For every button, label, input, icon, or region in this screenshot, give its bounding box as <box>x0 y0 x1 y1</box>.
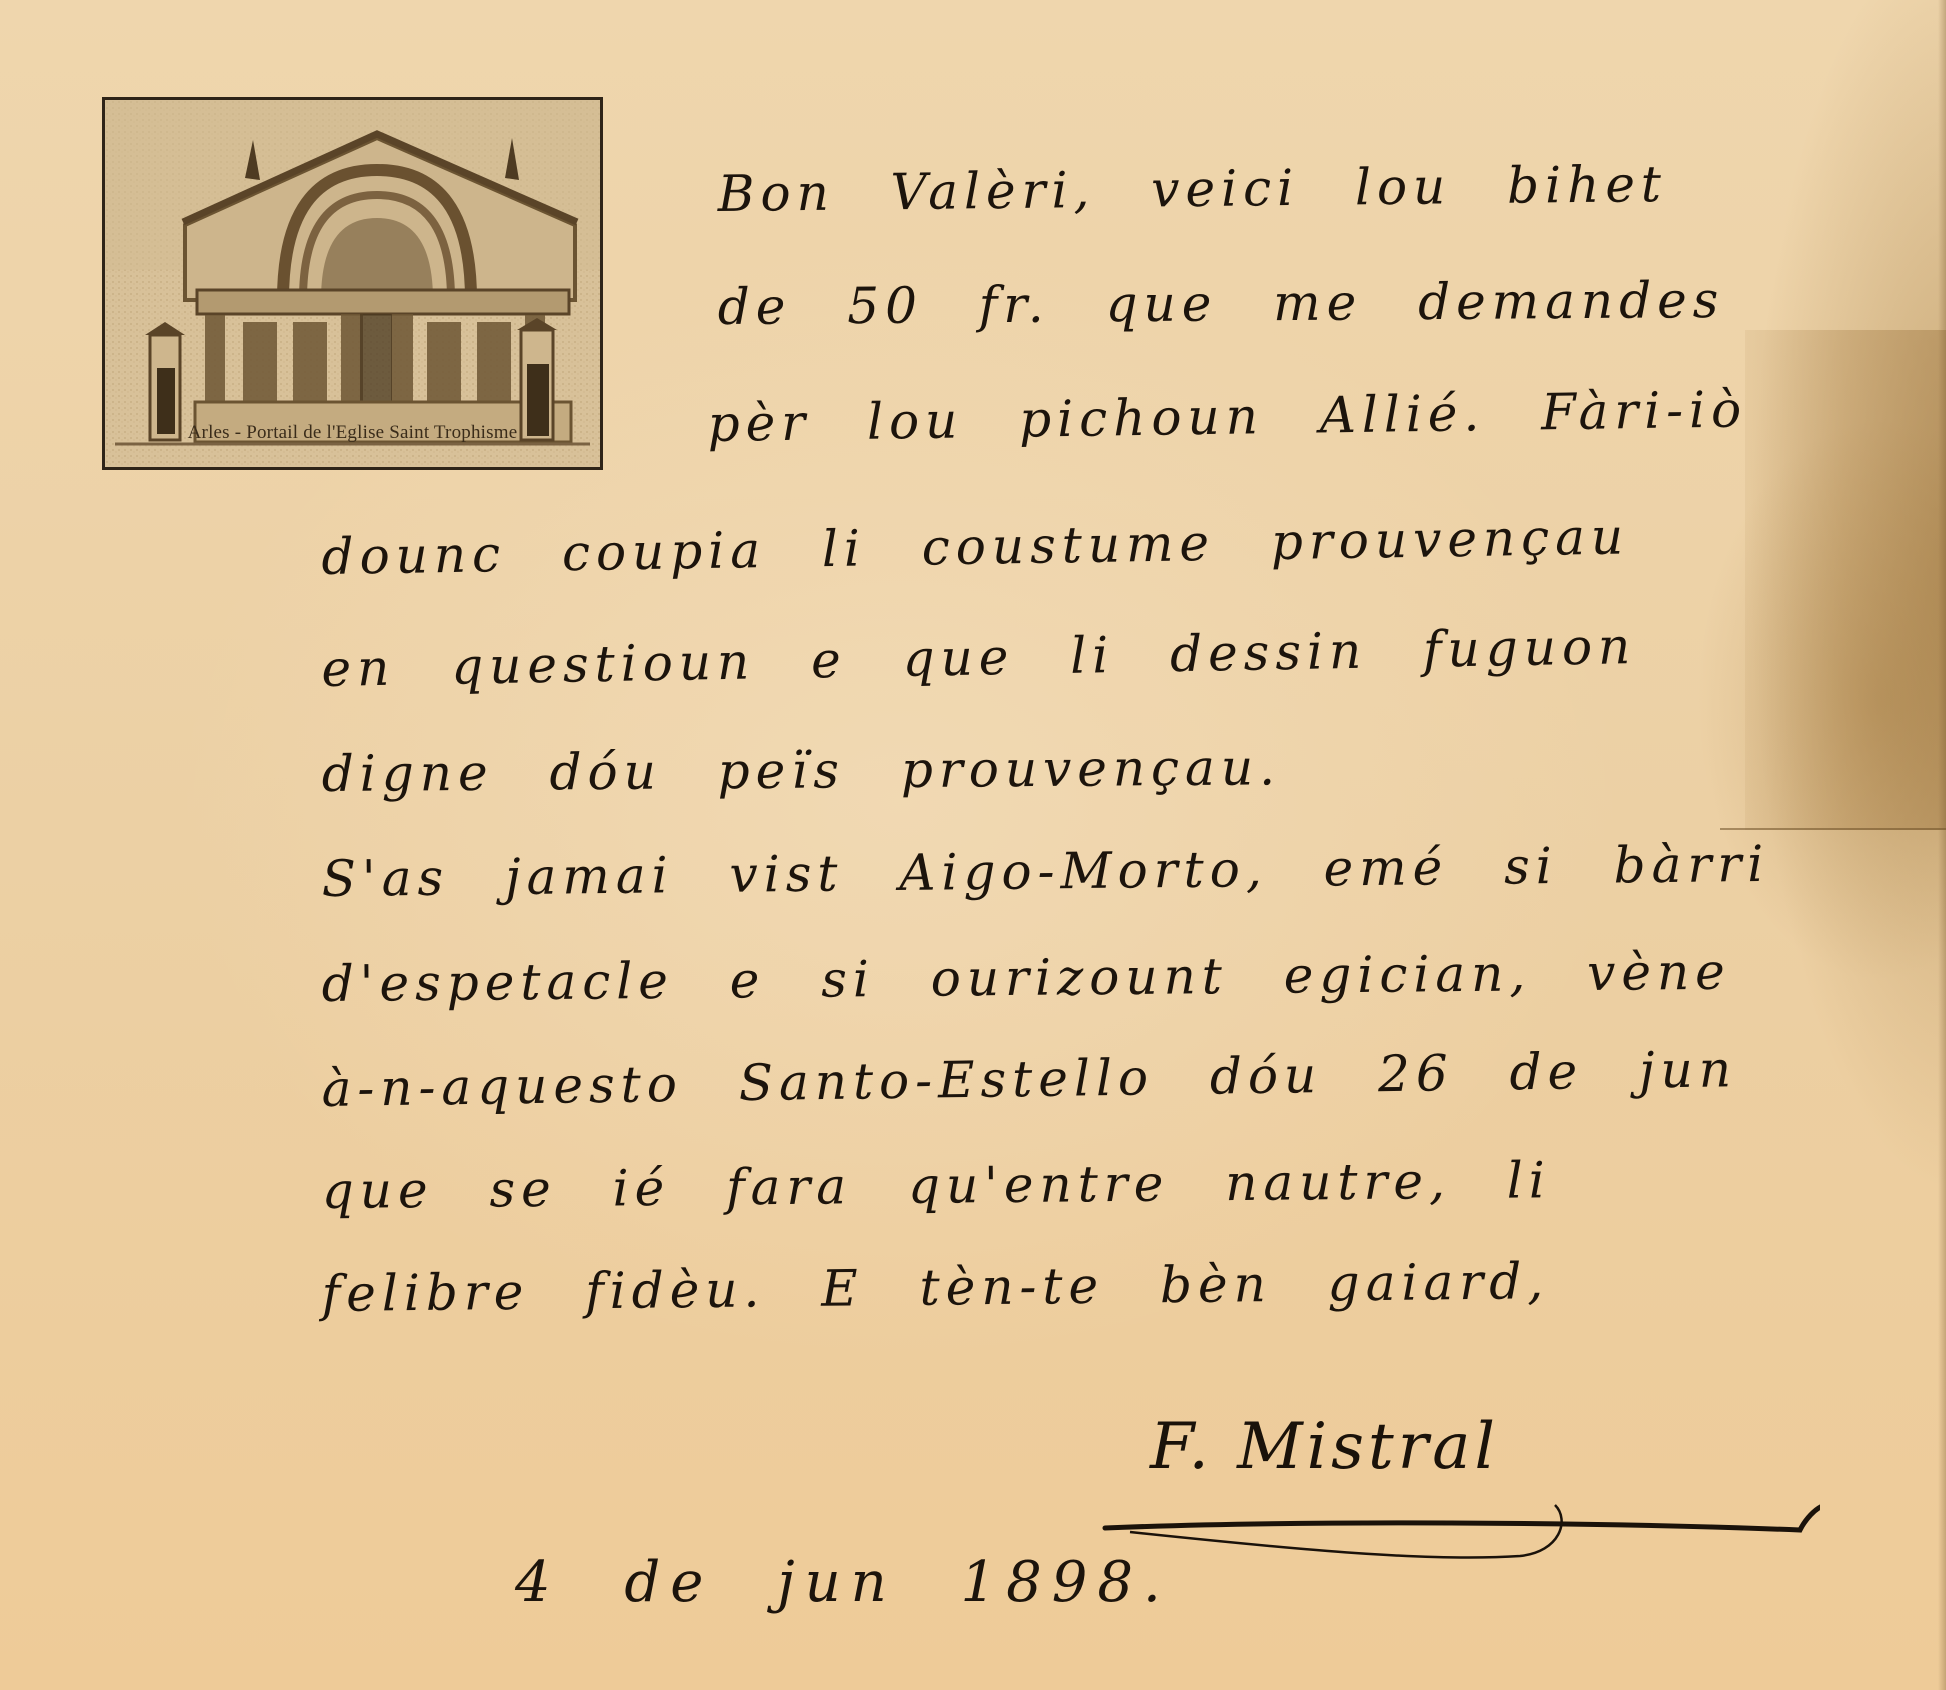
age-stain <box>1745 330 1946 830</box>
paper-edge-shadow <box>1938 0 1946 1690</box>
signature: F. Mistral <box>1150 1410 1499 1484</box>
letter-line-2: de 50 fr. que me demandes <box>718 271 1725 336</box>
fold-crease <box>1720 828 1946 830</box>
letter-line-6: digne dóu peïs prouvençau. <box>322 738 1282 803</box>
letter-line-1: Bon Valèri, veici lou bihet <box>717 155 1667 223</box>
engraving-caption: Arles - Portail de l'Eglise Saint Trophi… <box>105 422 600 444</box>
letterhead-engraving: Arles - Portail de l'Eglise Saint Trophi… <box>102 97 603 470</box>
letter-date: 4 de jun 1898. <box>515 1550 1171 1615</box>
letter-line-8: d'espetacle e si ourizount egician, vène <box>321 943 1731 1013</box>
letter-line-10: que se ié fara qu'entre nautre, li <box>321 1151 1550 1220</box>
church-portal-icon <box>105 100 600 467</box>
signature-flourish-icon <box>1100 1500 1820 1580</box>
